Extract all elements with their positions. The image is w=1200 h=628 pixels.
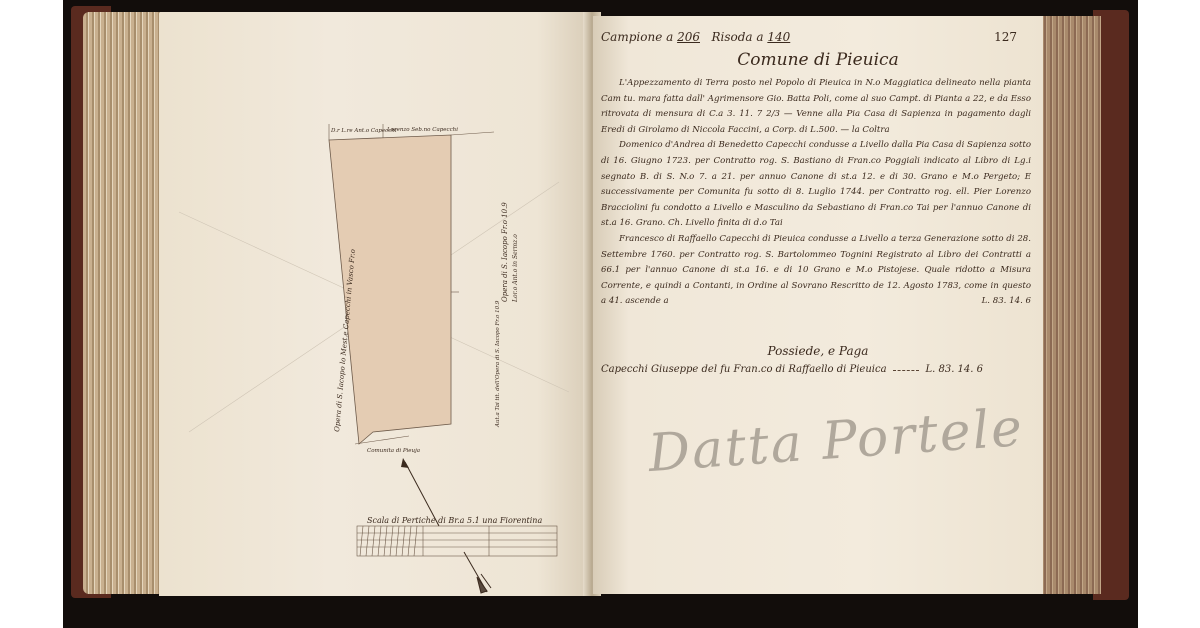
entry-paragraph: Francesco di Raffaello Capecchi di Pieui…: [601, 232, 1031, 310]
entry-paragraph: L'Appezzamento di Terra posto nel Popolo…: [601, 76, 1031, 138]
scale-label: Scala di Pertiche di Br.a 5.1 una Fioren…: [367, 516, 542, 525]
owner-name: Capecchi Giuseppe del fu Fran.co di Raff…: [601, 364, 887, 375]
campione-label: Campione a: [601, 30, 673, 44]
label-bottom: Comunita di Pieuja: [367, 448, 420, 454]
north-arrow-icon: [401, 458, 409, 468]
page-header: Campione a 206 Risoda a 140: [601, 30, 790, 44]
label-right-side-lower: Lor.o Ant.o in Sermz.o: [512, 234, 519, 303]
label-right-side-upper: Opera di S. Iacopo Fr.o 10.9: [501, 202, 509, 302]
owner-line: Capecchi Giuseppe del fu Fran.co di Raff…: [601, 364, 983, 375]
right-page-ledger: Campione a 206 Risoda a 140 127 Comune d…: [593, 16, 1043, 594]
entries-total: L. 83. 14. 6: [964, 294, 1031, 310]
left-page-map: D.r L.re Ant.o Capecchi Lorenzo Seb.no C…: [159, 12, 589, 596]
pencil-signature: Datta Portele: [646, 398, 1025, 484]
page-number: 127: [994, 30, 1017, 44]
possiede-heading: Possiede, e Paga: [593, 344, 1043, 358]
page-title: Comune di Pieuica: [593, 50, 1043, 70]
plot-map-drawing: D.r L.re Ant.o Capecchi Lorenzo Seb.no C…: [159, 12, 589, 596]
left-page-edges: [83, 12, 161, 594]
label-top-right: Lorenzo Seb.no Capecchi: [386, 127, 458, 133]
scale-bar: [357, 526, 557, 556]
open-ledger-book: D.r L.re Ant.o Capecchi Lorenzo Seb.no C…: [63, 0, 1138, 628]
risoda-label: Risoda a: [711, 30, 763, 44]
risoda-number: 140: [767, 30, 790, 44]
dash-leader: [893, 364, 920, 371]
campione-number: 206: [677, 30, 700, 44]
label-right-side-bottom: Aut.a Tai tit. dell'Opera di S. Iacopo F…: [495, 300, 501, 428]
entry-paragraph: Domenico d'Andrea di Benedetto Capecchi …: [601, 138, 1031, 232]
ledger-entries: L'Appezzamento di Terra posto nel Popolo…: [601, 76, 1031, 310]
owner-amount: L. 83. 14. 6: [925, 364, 983, 375]
right-page-edges: [1041, 16, 1101, 594]
